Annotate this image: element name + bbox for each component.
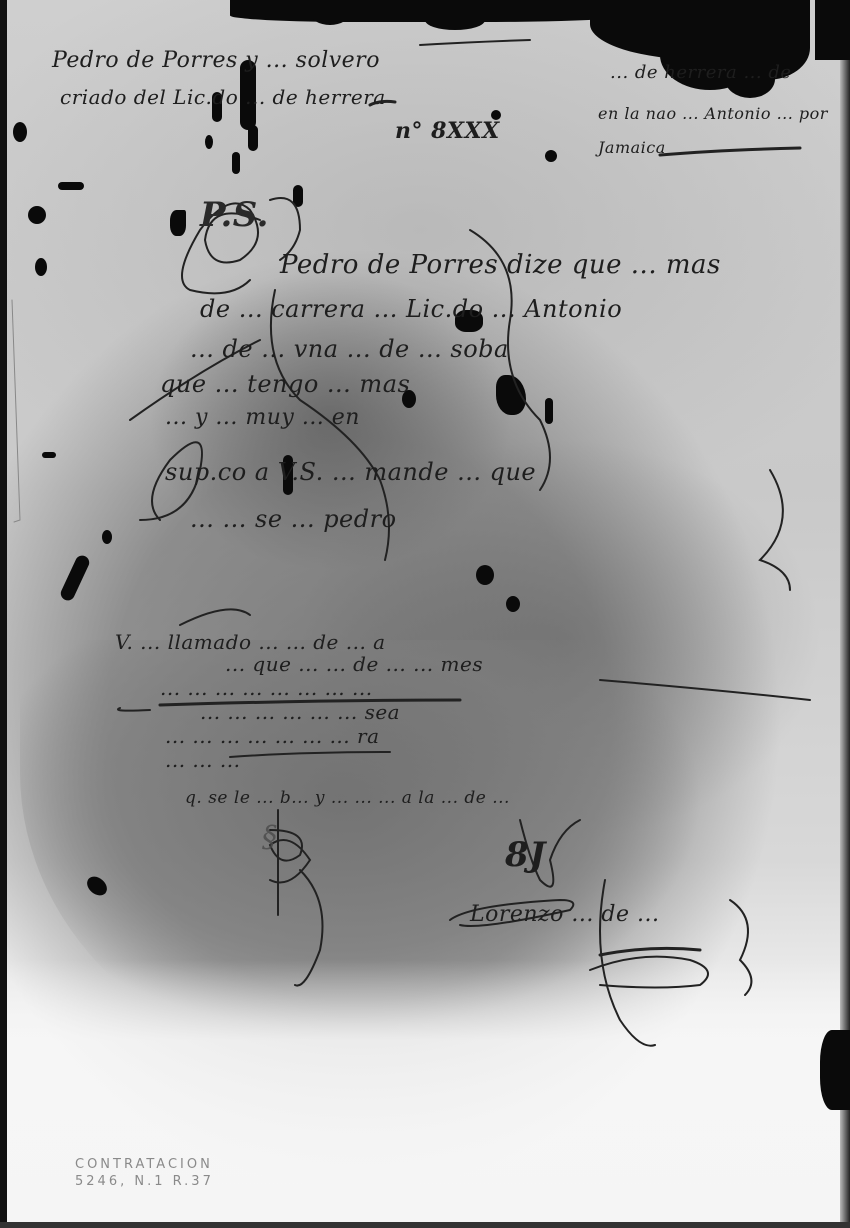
body-line: sup.co a V.S. ... mande ... que xyxy=(165,458,536,486)
body-line: ... de ... vna ... de ... soba xyxy=(190,335,509,363)
header-left-line-1: Pedro de Porres y ... solvero xyxy=(52,48,380,73)
body-line: ... y ... muy ... en xyxy=(165,405,360,430)
decree-line: ... que ... ... de ... ... mes xyxy=(225,652,483,676)
header-right-line-2: en la nao ... Antonio ... por xyxy=(598,104,828,123)
body-line: Pedro de Porres dize que ... mas xyxy=(280,250,721,280)
decree-closing: q. se le ... b... y ... ... ... a la ...… xyxy=(185,788,510,808)
folio-number: n° 8XXX xyxy=(395,118,500,144)
header-left-line-2: criado del Lic.do ... de herrera xyxy=(60,85,386,109)
body-line: de ... carrera ... Lic.do ... Antonio xyxy=(200,295,622,323)
decree-line: ... ... ... ... ... ... ... ra xyxy=(165,724,380,748)
archive-reference: CONTRATACION 5246, N.1 R.37 xyxy=(75,1156,214,1190)
body-line: ... ... se ... pedro xyxy=(190,505,397,533)
header-right-line-3: Jamaica xyxy=(598,138,666,157)
manuscript-page: Pedro de Porres y ... solvero criado del… xyxy=(0,0,850,1228)
decree-line: V. ... llamado ... ... de ... a xyxy=(115,630,386,654)
body-line: que ... tengo ... mas xyxy=(160,370,410,398)
page-edge-bottom xyxy=(0,1222,850,1228)
header-right-line-1: ... de herrera ... de xyxy=(610,62,792,83)
decree-line: ... ... ... xyxy=(165,748,240,772)
archive-line-1: CONTRATACION xyxy=(75,1156,214,1173)
page-edge-left xyxy=(0,0,7,1228)
decree-line: ... ... ... ... ... ... ... ... xyxy=(160,676,373,700)
salutation: P.S. xyxy=(200,195,269,235)
center-initials: 8J xyxy=(505,835,546,875)
archive-line-2: 5246, N.1 R.37 xyxy=(75,1173,214,1190)
left-rubric: § xyxy=(262,820,278,855)
decree-line: ... ... ... ... ... ... sea xyxy=(200,700,400,724)
right-signature: Lorenzo ... de ... xyxy=(470,902,659,927)
